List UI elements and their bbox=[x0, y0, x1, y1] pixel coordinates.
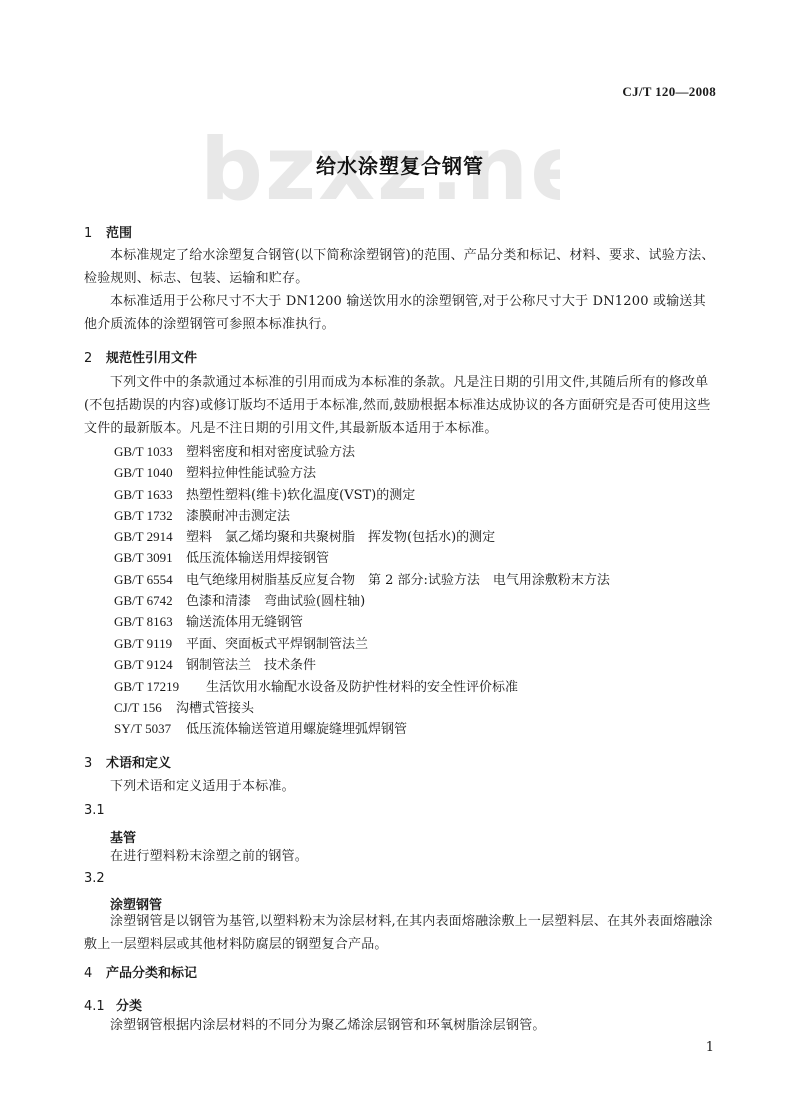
reference-item: GB/T 1033塑料密度和相对密度试验方法 bbox=[114, 441, 355, 460]
reference-item: GB/T 9119平面、突面板式平焊钢制管法兰 bbox=[114, 633, 368, 652]
reference-title: 平面、突面板式平焊钢制管法兰 bbox=[186, 637, 368, 652]
term-name: 基管 bbox=[110, 827, 136, 846]
reference-title: 电气绝缘用树脂基反应复合物 第 2 部分:试验方法 电气用涂敷粉末方法 bbox=[186, 573, 610, 588]
section-title: 术语和定义 bbox=[106, 756, 171, 771]
page-number: 1 bbox=[706, 1040, 714, 1055]
reference-code: GB/T 9124 bbox=[114, 657, 186, 673]
reference-item: GB/T 6742色漆和清漆 弯曲试验(圆柱轴) bbox=[114, 590, 365, 609]
reference-code: GB/T 8163 bbox=[114, 614, 186, 630]
reference-code: SY/T 5037 bbox=[114, 721, 186, 737]
reference-item: GB/T 17219生活饮用水输配水设备及防护性材料的安全性评价标准 bbox=[114, 676, 518, 695]
section-2-paragraph: 下列文件中的条款通过本标准的引用而成为本标准的条款。凡是注日期的引用文件,其随后… bbox=[84, 371, 718, 440]
section-3-intro: 下列术语和定义适用于本标准。 bbox=[84, 775, 718, 798]
section-title: 产品分类和标记 bbox=[106, 966, 197, 981]
term-number: 3.1 bbox=[84, 803, 105, 818]
subsection-4-1-text: 涂塑钢管根据内涂层材料的不同分为聚乙烯涂层钢管和环氧树脂涂层钢管。 bbox=[84, 1014, 718, 1037]
document-page: CJ/T 120—2008 bzxz.net 给水涂塑复合钢管 1范围 本标准规… bbox=[0, 0, 800, 1100]
section-number: 3 bbox=[84, 756, 106, 771]
reference-title: 塑料拉伸性能试验方法 bbox=[186, 466, 316, 481]
reference-item: GB/T 1633热塑性塑料(维卡)软化温度(VST)的测定 bbox=[114, 484, 415, 503]
section-3-heading: 3术语和定义 bbox=[84, 752, 171, 771]
standard-code: CJ/T 120—2008 bbox=[622, 84, 716, 100]
subsection-title: 分类 bbox=[116, 999, 142, 1014]
term-number: 3.2 bbox=[84, 871, 105, 886]
reference-code: GB/T 1633 bbox=[114, 487, 186, 503]
section-title: 规范性引用文件 bbox=[106, 351, 197, 366]
term-definition: 在进行塑料粉末涂塑之前的钢管。 bbox=[84, 845, 718, 868]
reference-code: GB/T 1040 bbox=[114, 465, 186, 481]
reference-title: 低压流体输送用焊接钢管 bbox=[186, 551, 329, 566]
reference-title: 沟槽式管接头 bbox=[176, 701, 254, 716]
reference-item: GB/T 1040塑料拉伸性能试验方法 bbox=[114, 462, 316, 481]
reference-title: 低压流体输送管道用螺旋缝埋弧焊钢管 bbox=[186, 722, 407, 737]
reference-item: GB/T 3091低压流体输送用焊接钢管 bbox=[114, 547, 329, 566]
section-number: 4 bbox=[84, 966, 106, 981]
reference-item: CJ/T 156沟槽式管接头 bbox=[114, 697, 254, 716]
reference-item: GB/T 6554电气绝缘用树脂基反应复合物 第 2 部分:试验方法 电气用涂敷… bbox=[114, 569, 610, 588]
section-1-paragraph-1: 本标准规定了给水涂塑复合钢管(以下简称涂塑钢管)的范围、产品分类和标记、材料、要… bbox=[84, 244, 718, 290]
reference-code: GB/T 17219 bbox=[114, 679, 206, 695]
section-4-heading: 4产品分类和标记 bbox=[84, 962, 197, 981]
reference-item: GB/T 9124钢制管法兰 技术条件 bbox=[114, 654, 316, 673]
reference-title: 生活饮用水输配水设备及防护性材料的安全性评价标准 bbox=[206, 680, 518, 695]
reference-title: 色漆和清漆 弯曲试验(圆柱轴) bbox=[186, 594, 365, 609]
term-definition: 涂塑钢管是以钢管为基管,以塑料粉末为涂层材料,在其内表面熔融涂敷上一层塑料层、在… bbox=[84, 910, 718, 956]
reference-item: SY/T 5037低压流体输送管道用螺旋缝埋弧焊钢管 bbox=[114, 718, 407, 737]
reference-title: 塑料 氯乙烯均聚和共聚树脂 挥发物(包括水)的测定 bbox=[186, 530, 495, 545]
reference-code: GB/T 1732 bbox=[114, 508, 186, 524]
reference-title: 钢制管法兰 技术条件 bbox=[186, 658, 316, 673]
section-1-heading: 1范围 bbox=[84, 222, 132, 241]
document-title: 给水涂塑复合钢管 bbox=[0, 150, 800, 179]
reference-code: GB/T 2914 bbox=[114, 529, 186, 545]
reference-title: 输送流体用无缝钢管 bbox=[186, 615, 303, 630]
section-1-paragraph-2: 本标准适用于公称尺寸不大于 DN1200 输送饮用水的涂塑钢管,对于公称尺寸大于… bbox=[84, 290, 718, 336]
section-2-heading: 2规范性引用文件 bbox=[84, 347, 197, 366]
subsection-number: 4.1 bbox=[84, 999, 116, 1014]
reference-title: 塑料密度和相对密度试验方法 bbox=[186, 445, 355, 460]
reference-code: GB/T 6742 bbox=[114, 593, 186, 609]
reference-code: GB/T 6554 bbox=[114, 572, 186, 588]
reference-code: GB/T 1033 bbox=[114, 444, 186, 460]
section-number: 1 bbox=[84, 226, 106, 241]
subsection-4-1-heading: 4.1分类 bbox=[84, 995, 142, 1014]
reference-title: 漆膜耐冲击测定法 bbox=[186, 509, 290, 524]
section-title: 范围 bbox=[106, 226, 132, 241]
reference-item: GB/T 2914塑料 氯乙烯均聚和共聚树脂 挥发物(包括水)的测定 bbox=[114, 526, 495, 545]
reference-item: GB/T 8163输送流体用无缝钢管 bbox=[114, 611, 303, 630]
reference-code: CJ/T 156 bbox=[114, 700, 176, 716]
reference-code: GB/T 9119 bbox=[114, 636, 186, 652]
reference-item: GB/T 1732漆膜耐冲击测定法 bbox=[114, 505, 290, 524]
reference-code: GB/T 3091 bbox=[114, 550, 186, 566]
reference-title: 热塑性塑料(维卡)软化温度(VST)的测定 bbox=[186, 488, 415, 503]
section-number: 2 bbox=[84, 351, 106, 366]
